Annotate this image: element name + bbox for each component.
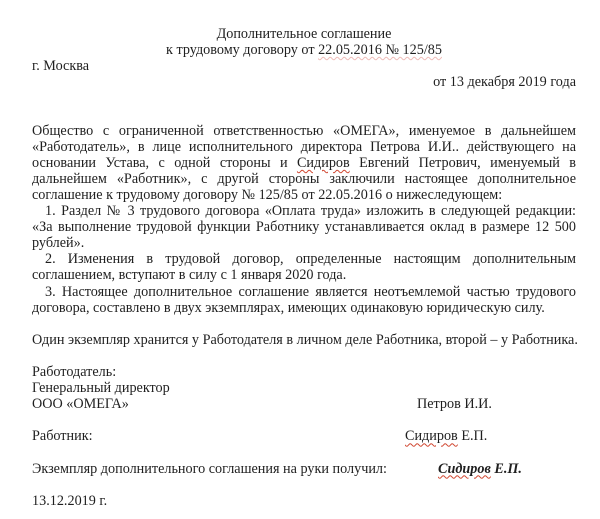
receipt-row: Экземпляр дополнительного соглашения на … (32, 461, 576, 477)
employer-company: ООО «ОМЕГА» (32, 396, 129, 412)
employee-label: Работник: (32, 428, 93, 444)
clause-3: 3. Настоящее дополнительное соглашение я… (32, 284, 576, 316)
employee-signature-initials: Е.П. (458, 428, 488, 444)
employer-signature: Петров И.И. (417, 396, 492, 412)
document-page: Дополнительное соглашение к трудовому до… (0, 0, 600, 519)
receipt-label: Экземпляр дополнительного соглашения на … (32, 461, 387, 477)
receipt-signature: Сидиров Е.П. (438, 461, 522, 477)
employer-label: Работодатель: (32, 364, 576, 380)
city-line: г. Москва (32, 58, 576, 74)
doc-title-line2: к трудовому договору от 22.05.2016 № 125… (32, 42, 576, 58)
doc-title-line1: Дополнительное соглашение (32, 26, 576, 42)
employer-position: Генеральный директор (32, 380, 576, 396)
spacer (32, 444, 576, 460)
clause-1: 1. Раздел № 3 трудового договора «Оплата… (32, 203, 576, 251)
contract-date-number: 22.05.2016 № 125/85 (318, 42, 442, 58)
spacer (32, 90, 576, 106)
spacer (32, 106, 576, 122)
spacer (32, 477, 576, 493)
intro-paragraph: Общество с ограниченной ответственностью… (32, 123, 576, 203)
spacer (32, 348, 576, 364)
clause-2: 2. Изменения в трудовой договор, определ… (32, 251, 576, 283)
receipt-signature-surname: Сидиров (438, 461, 491, 477)
spacer (32, 316, 576, 332)
bottom-date-line: 13.12.2019 г. (32, 493, 576, 509)
copies-line: Один экземпляр хранится у Работодателя в… (32, 332, 576, 348)
misspelled-surname: Сидиров (297, 155, 350, 171)
employee-signature-surname: Сидиров (405, 428, 458, 444)
doc-title-line2-prefix: к трудовому договору от (166, 42, 318, 58)
receipt-signature-initials: Е.П. (491, 461, 522, 477)
employee-signature-row: Работник:Сидиров Е.П. (32, 428, 576, 444)
agreement-date-line: от 13 декабря 2019 года (32, 74, 576, 90)
spacer (32, 412, 576, 428)
employer-signature-row: ООО «ОМЕГА»Петров И.И. (32, 396, 576, 412)
employee-signature: Сидиров Е.П. (405, 428, 487, 444)
